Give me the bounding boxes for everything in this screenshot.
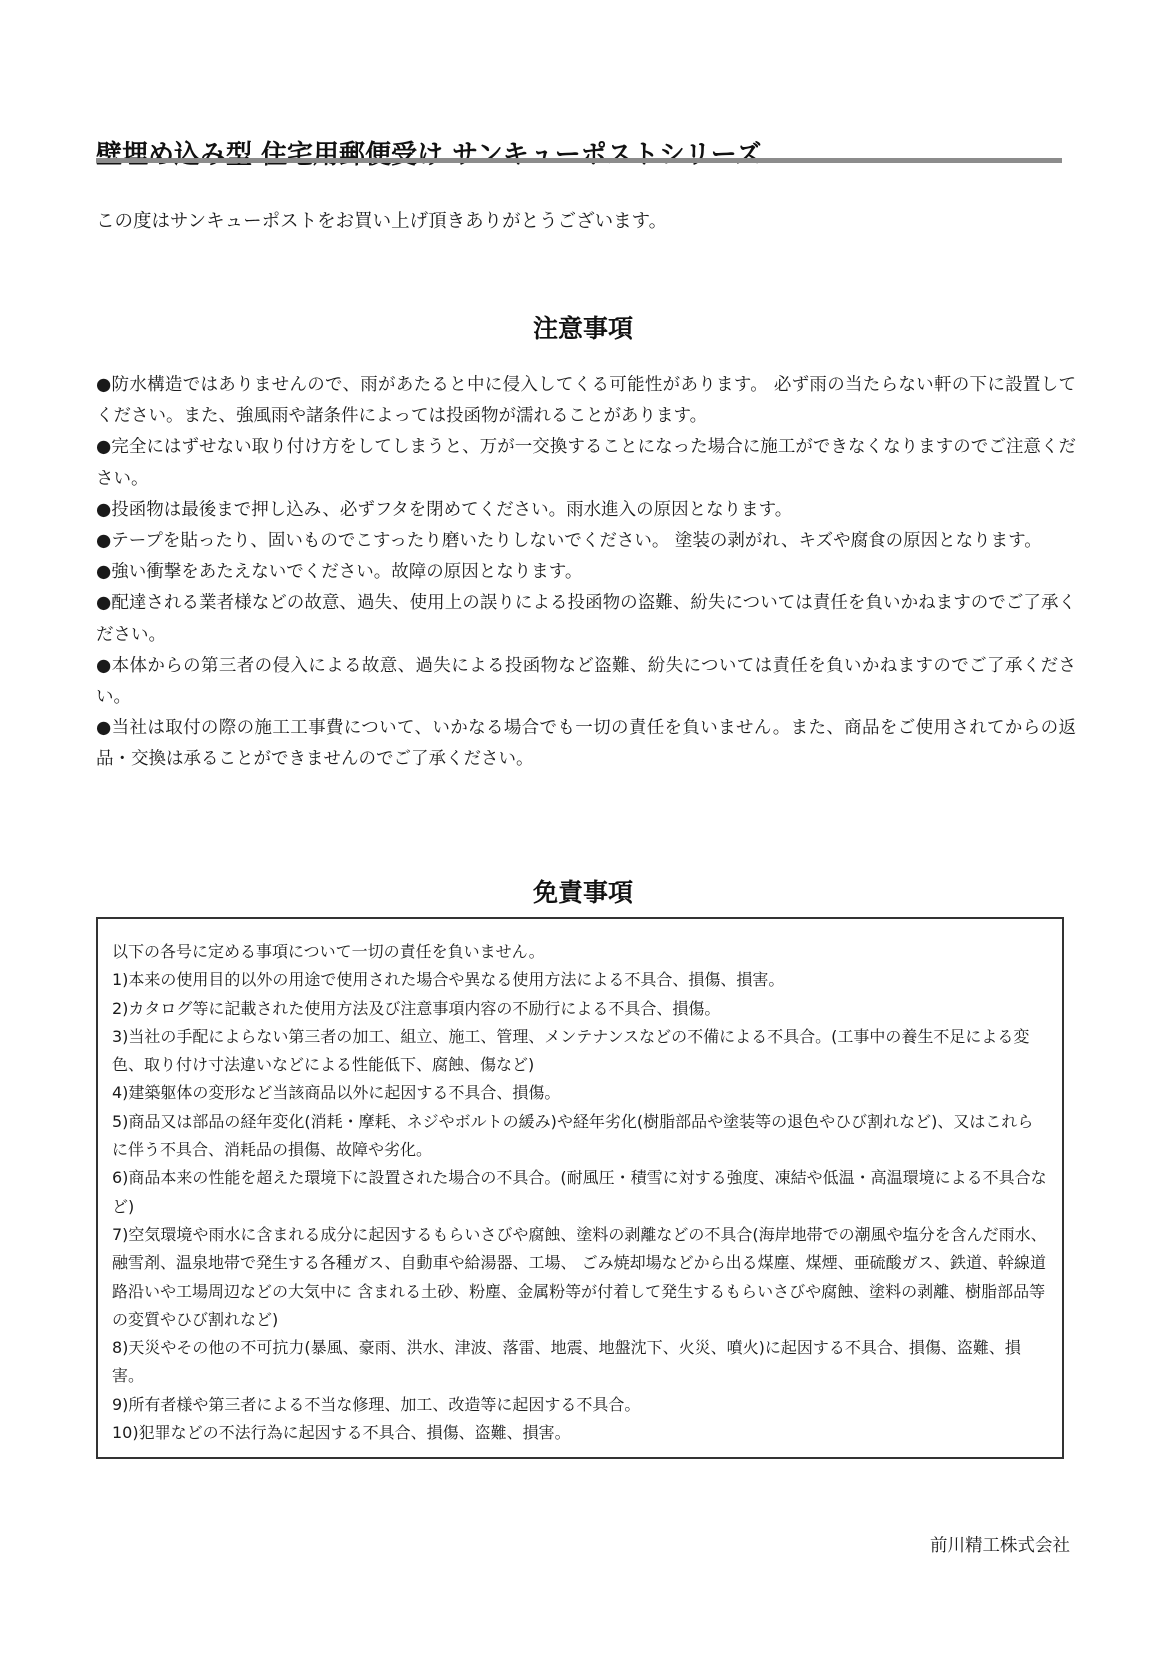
disclaimer-item: 9)所有者様や第三者による不当な修理、加工、改造等に起因する不具合。 [112,1391,1048,1419]
caution-item: ●配達される業者様などの故意、過失、使用上の誤りによる投函物の盗難、紛失について… [96,588,1076,650]
caution-item: ●完全にはずせない取り付け方をしてしまうと、万が一交換することになった場合に施工… [96,432,1076,494]
caution-item: ●強い衝撃をあたえないでください。故障の原因となります。 [96,557,1076,588]
caution-item: ●投函物は最後まで押し込み、必ずフタを閉めてください。雨水進入の原因となります。 [96,495,1076,526]
disclaimer-item: 1)本来の使用目的以外の用途で使用された場合や異なる使用方法による不具合、損傷、… [112,966,1048,994]
page-title: 壁埋め込み型 住宅用郵便受け サンキューポストシリーズ [96,134,762,171]
disclaimer-item: 10)犯罪などの不法行為に起因する不具合、損傷、盗難、損害。 [112,1419,1048,1447]
cautions-list: ●防水構造ではありませんので、雨があたると中に侵入してくる可能性があります。 必… [96,370,1076,776]
disclaimer-item: 6)商品本来の性能を超えた環境下に設置された場合の不具合。(耐風圧・積雪に対する… [112,1164,1048,1221]
disclaimer-item: 8)天災やその他の不可抗力(暴風、豪雨、洪水、津波、落雷、地震、地盤沈下、火災、… [112,1334,1048,1391]
caution-item: ●防水構造ではありませんので、雨があたると中に侵入してくる可能性があります。 必… [96,370,1076,432]
disclaimer-item: 5)商品又は部品の経年変化(消耗・摩耗、ネジやボルトの緩み)や経年劣化(樹脂部品… [112,1108,1048,1165]
title-divider [96,158,1062,163]
cautions-heading: 注意事項 [0,309,1166,345]
greeting-text: この度はサンキューポストをお買い上げ頂きありがとうございます。 [96,207,667,233]
disclaimer-item: 2)カタログ等に記載された使用方法及び注意事項内容の不励行による不具合、損傷。 [112,995,1048,1023]
disclaimer-heading: 免責事項 [0,873,1166,909]
disclaimer-intro: 以下の各号に定める事項について一切の責任を負いません。 [112,938,1048,966]
caution-item: ●本体からの第三者の侵入による故意、過失による投函物など盗難、紛失については責任… [96,651,1076,713]
disclaimer-item: 3)当社の手配によらない第三者の加工、組立、施工、管理、メンテナンスなどの不備に… [112,1023,1048,1080]
company-name: 前川精工株式会社 [930,1532,1070,1557]
caution-item: ●当社は取付の際の施工工事費について、いかなる場合でも一切の責任を負いません。ま… [96,713,1076,775]
disclaimer-box: 以下の各号に定める事項について一切の責任を負いません。 1)本来の使用目的以外の… [96,917,1064,1459]
disclaimer-item: 7)空気環境や雨水に含まれる成分に起因するもらいさびや腐蝕、塗料の剥離などの不具… [112,1221,1048,1334]
disclaimer-item: 4)建築躯体の変形など当該商品以外に起因する不具合、損傷。 [112,1079,1048,1107]
caution-item: ●テープを貼ったり、固いものでこすったり磨いたりしないでください。 塗装の剥がれ… [96,526,1076,557]
